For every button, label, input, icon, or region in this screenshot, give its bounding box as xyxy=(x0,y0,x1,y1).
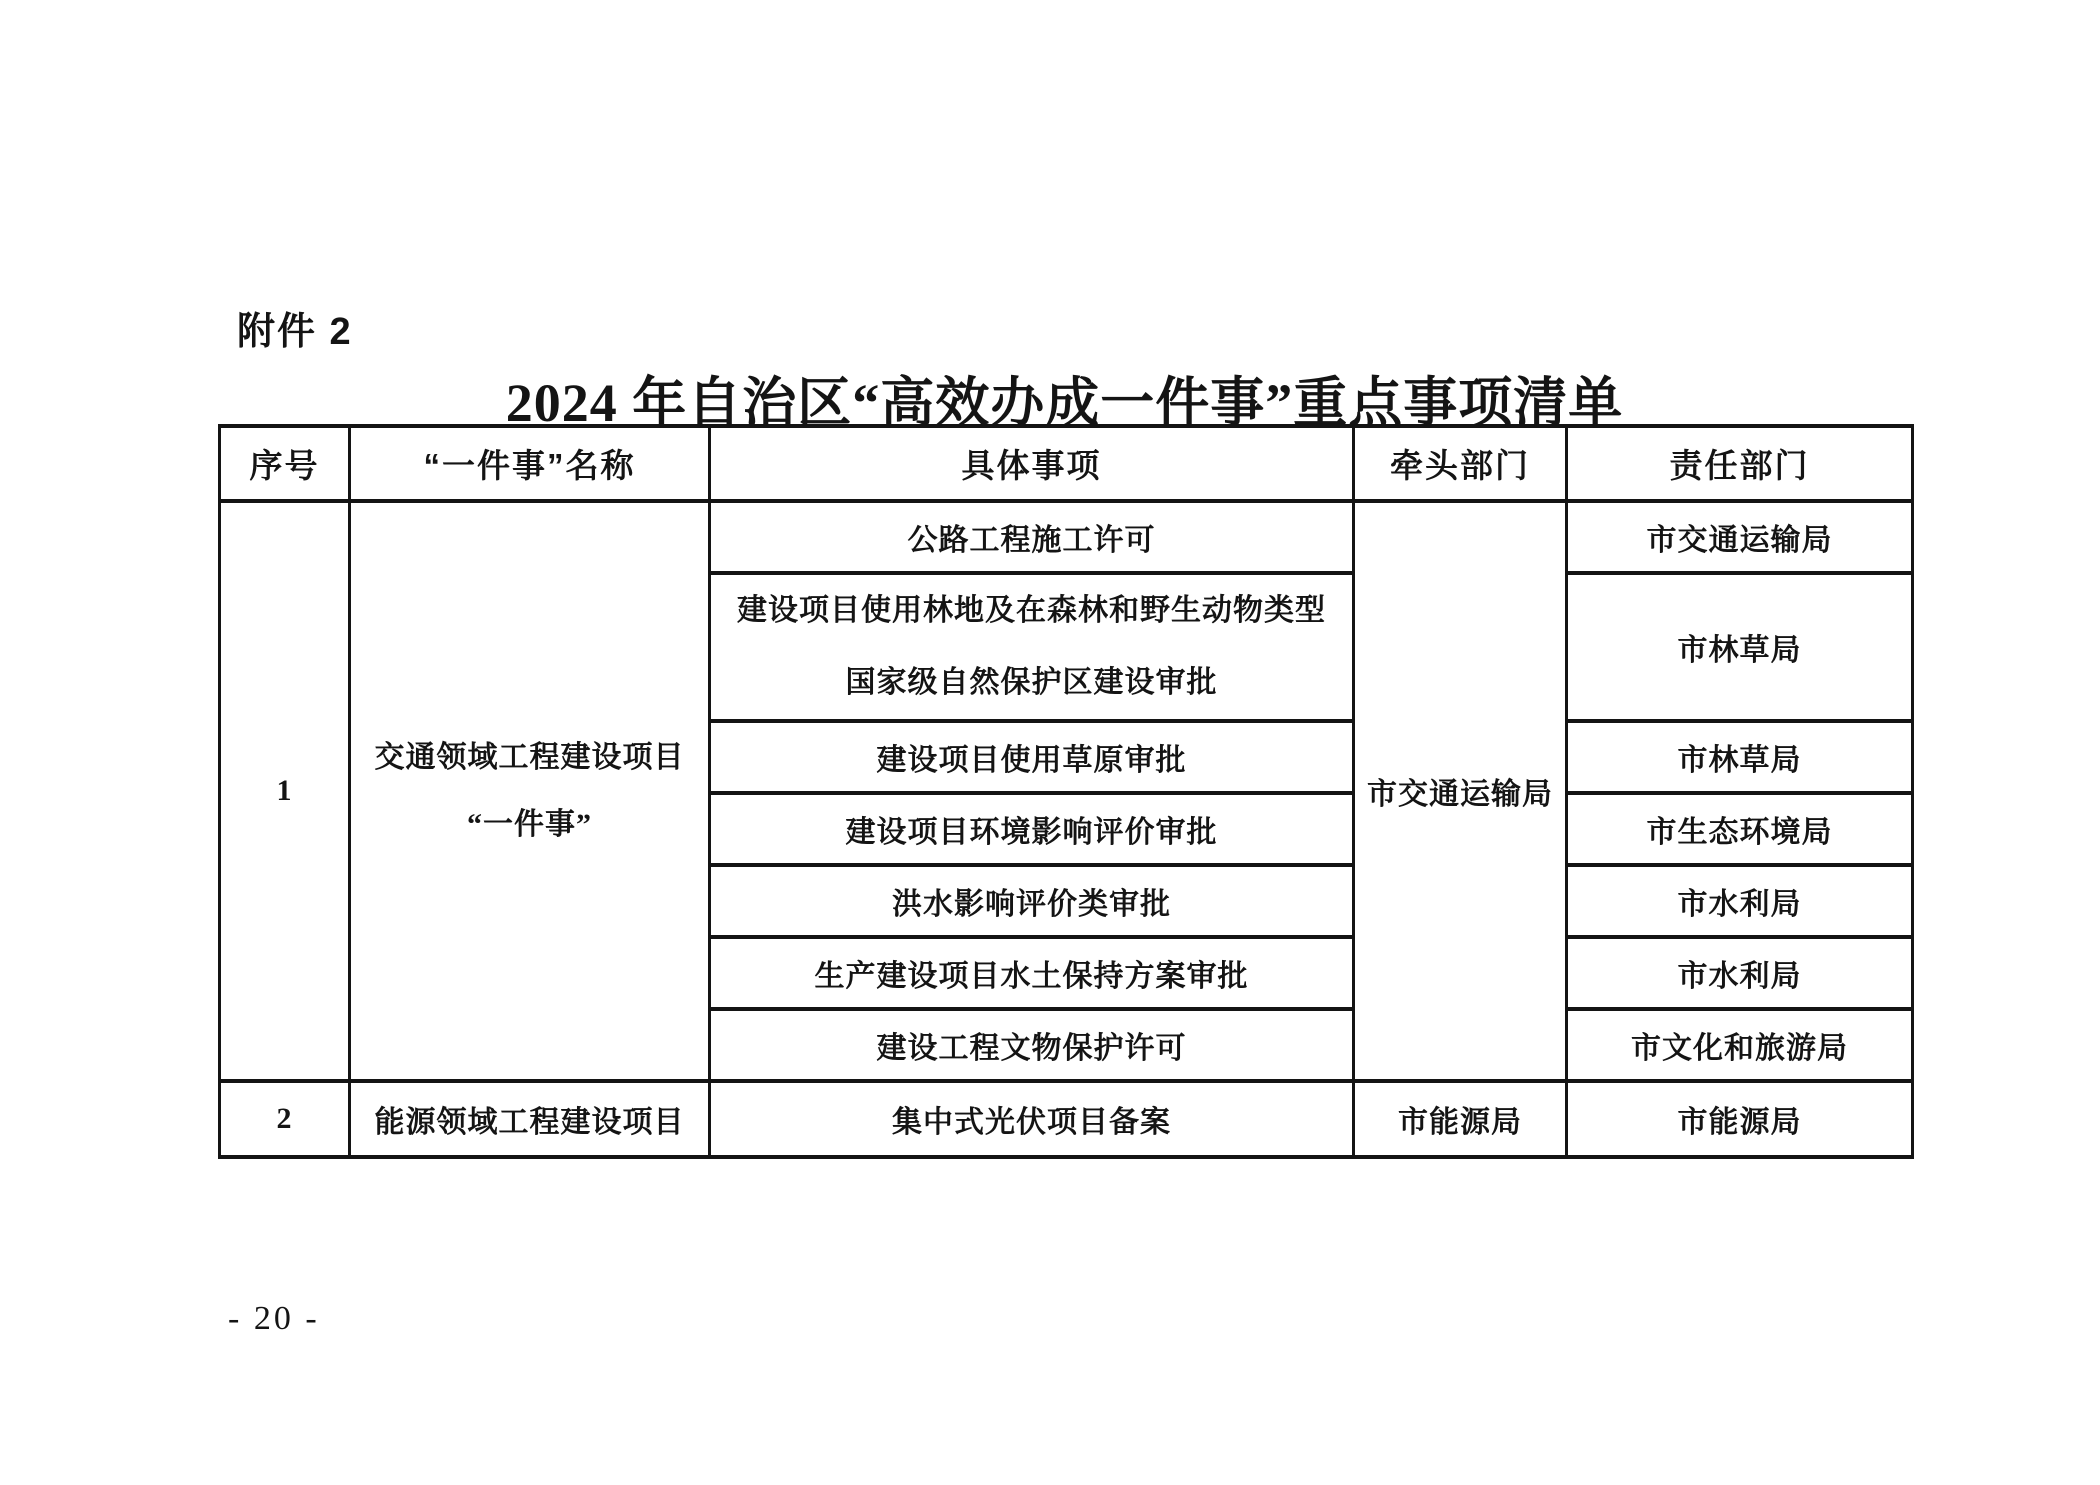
item-cell: 洪水影响评价类审批 xyxy=(710,865,1354,937)
resp-dept-cell: 市水利局 xyxy=(1567,865,1913,937)
attachment-label: 附件 2 xyxy=(237,300,353,355)
column-header-seq: 序号 xyxy=(220,426,350,501)
name-line-2: “一件事” xyxy=(351,791,708,858)
item-cell: 集中式光伏项目备案 xyxy=(710,1081,1354,1157)
name-cell-row2: 能源领域工程建设项目 xyxy=(350,1081,710,1157)
lead-dept-cell-row2: 市能源局 xyxy=(1354,1081,1567,1157)
resp-dept-cell: 市生态环境局 xyxy=(1567,793,1913,865)
lead-dept-cell-row1: 市交通运输局 xyxy=(1354,501,1567,1081)
resp-dept-cell: 市水利局 xyxy=(1567,937,1913,1009)
page-number: - 20 - xyxy=(228,1300,320,1338)
resp-dept-cell: 市林草局 xyxy=(1567,721,1913,793)
item-cell: 建设项目环境影响评价审批 xyxy=(710,793,1354,865)
resp-dept-cell: 市交通运输局 xyxy=(1567,501,1913,573)
seq-cell-row1: 1 xyxy=(220,501,350,1081)
table-header-row: 序号 “一件事”名称 具体事项 牵头部门 责任部门 xyxy=(220,426,1913,501)
resp-dept-cell: 市林草局 xyxy=(1567,573,1913,721)
table-row: 2 能源领域工程建设项目 集中式光伏项目备案 市能源局 市能源局 xyxy=(220,1081,1913,1157)
column-header-item: 具体事项 xyxy=(710,426,1354,501)
item-cell: 生产建设项目水土保持方案审批 xyxy=(710,937,1354,1009)
item-line-2: 国家级自然保护区建设审批 xyxy=(711,647,1352,719)
resp-dept-cell: 市能源局 xyxy=(1567,1081,1913,1157)
name-line-1: 交通领域工程建设项目 xyxy=(351,724,708,791)
item-cell: 公路工程施工许可 xyxy=(710,501,1354,573)
column-header-resp: 责任部门 xyxy=(1567,426,1913,501)
key-items-table: 序号 “一件事”名称 具体事项 牵头部门 责任部门 1 交通领域工程建设项目 “… xyxy=(218,424,1914,1159)
resp-dept-cell: 市文化和旅游局 xyxy=(1567,1009,1913,1081)
item-cell: 建设项目使用草原审批 xyxy=(710,721,1354,793)
name-cell-row1: 交通领域工程建设项目 “一件事” xyxy=(350,501,710,1081)
document-page: 附件 2 2024 年自治区“高效办成一件事”重点事项清单 序号 “一件事”名称… xyxy=(0,0,2100,1485)
table-row: 1 交通领域工程建设项目 “一件事” 公路工程施工许可 市交通运输局 市交通运输… xyxy=(220,501,1913,573)
item-cell: 建设项目使用林地及在森林和野生动物类型 国家级自然保护区建设审批 xyxy=(710,573,1354,721)
item-line-1: 建设项目使用林地及在森林和野生动物类型 xyxy=(711,575,1352,647)
column-header-name: “一件事”名称 xyxy=(350,426,710,501)
item-cell: 建设工程文物保护许可 xyxy=(710,1009,1354,1081)
column-header-lead: 牵头部门 xyxy=(1354,426,1567,501)
seq-cell-row2: 2 xyxy=(220,1081,350,1157)
